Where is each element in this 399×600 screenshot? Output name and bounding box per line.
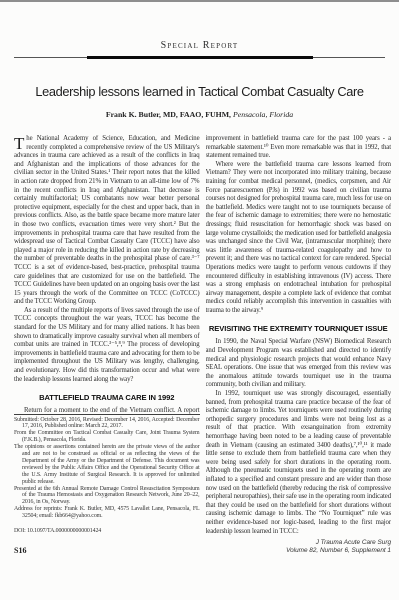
page-number: S16 bbox=[14, 546, 200, 555]
author-name: Frank K. Butler, MD, FAAO, FUHM, bbox=[106, 110, 231, 119]
left-column-text: The National Academy of Science, Educati… bbox=[14, 135, 200, 414]
banner-rule-thick-line bbox=[87, 56, 313, 59]
paragraph-tourniquet-1992: In 1992, tourniquet use was strongly dis… bbox=[206, 390, 392, 536]
section-heading-battlefield-1992: BATTLEFIELD TRAUMA CARE IN 1992 bbox=[14, 393, 200, 402]
footnote-disclaimer: The opinions or assertions contained her… bbox=[14, 444, 200, 485]
journal-issue: Volume 82, Number 6, Supplement 1 bbox=[206, 547, 392, 555]
author-line: Frank K. Butler, MD, FAAO, FUHM, Pensaco… bbox=[0, 110, 399, 119]
paragraph-intro: The National Academy of Science, Educati… bbox=[14, 135, 200, 307]
right-column-text: improvement in battlefield trauma care f… bbox=[206, 135, 392, 536]
footnote-rule bbox=[14, 414, 200, 415]
paragraph-vietnam-lessons: Where were the battlefield trauma care l… bbox=[206, 161, 392, 316]
footnote-submitted: Submitted: October 28, 2016, Revised: De… bbox=[14, 417, 200, 431]
paragraph-intro-text: he National Academy of Science, Educatio… bbox=[14, 135, 200, 305]
paragraph-tccc-results: As a result of the multiple reports of l… bbox=[14, 307, 200, 384]
journal-name: J Trauma Acute Care Surg bbox=[206, 539, 392, 547]
left-column: The National Academy of Science, Educati… bbox=[14, 135, 200, 555]
banner-rule bbox=[14, 56, 385, 59]
right-column: improvement in battlefield trauma care f… bbox=[206, 135, 392, 555]
footnote-presented: Presented at the 6th Annual Remote Damag… bbox=[14, 486, 200, 507]
page-top-scan-bar bbox=[0, 0, 399, 2]
footnote-block: Submitted: October 28, 2016, Revised: De… bbox=[14, 414, 200, 556]
footnote-affiliation: From the Committee on Tactical Combat Ca… bbox=[14, 430, 200, 444]
special-report-banner: Special Report bbox=[0, 40, 399, 51]
doi-line: DOI: 10.1097/TA.0000000000001424 bbox=[14, 528, 200, 535]
dropcap-letter: T bbox=[14, 135, 26, 151]
author-location: Pensacola, Florida bbox=[233, 110, 293, 119]
journal-footer: J Trauma Acute Care Surg Volume 82, Numb… bbox=[206, 539, 392, 555]
article-title: Leadership lessons learned in Tactical C… bbox=[0, 84, 399, 99]
footnote-reprints: Address for reprints: Frank K. Butler, M… bbox=[14, 506, 200, 520]
paragraph-nsw-program: In 1990, the Naval Special Warfare (NSW)… bbox=[206, 338, 392, 390]
two-column-body: The National Academy of Science, Educati… bbox=[14, 135, 391, 555]
journal-page: Special Report Leadership lessons learne… bbox=[0, 0, 399, 600]
section-heading-tourniquet-issue: REVISITING THE EXTREMITY TOURNIQUET ISSU… bbox=[206, 324, 392, 333]
paragraph-improvement-continuation: improvement in battlefield trauma care f… bbox=[206, 135, 392, 161]
